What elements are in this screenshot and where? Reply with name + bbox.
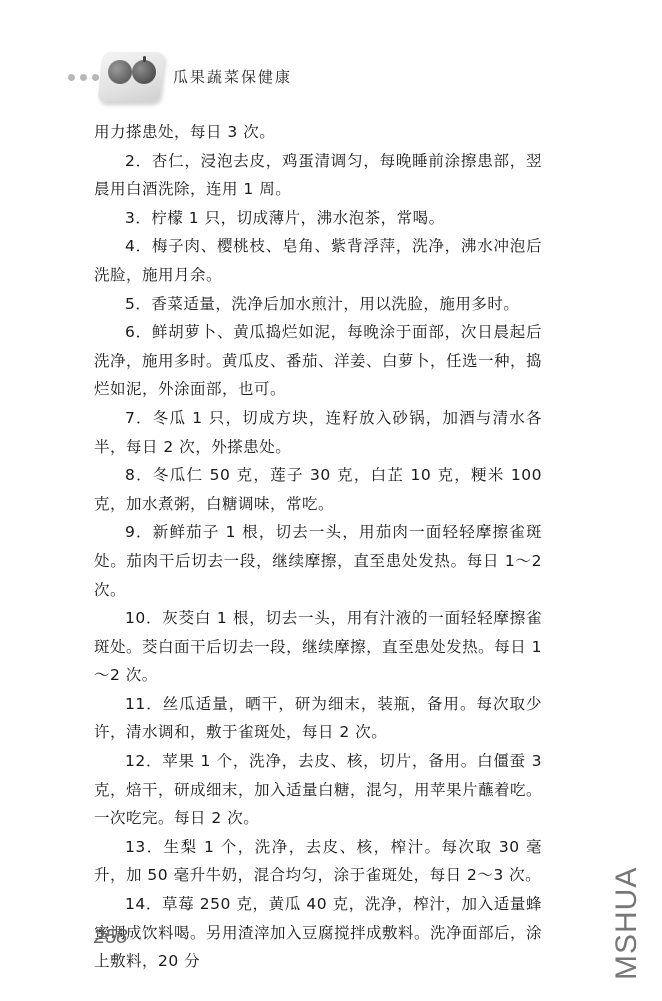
remedy-item-4: 4．梅子肉、樱桃枝、皂角、紫背浮萍，洗净，沸水冲泡后洗脸，施用月余。	[94, 232, 542, 289]
dot-icon	[80, 74, 87, 81]
tomato-fruit-icon	[132, 60, 156, 84]
remedy-item-12: 12．苹果 1 个，洗净，去皮、核，切片，备用。白僵蚕 3 克，焙干，研成细末，…	[94, 747, 542, 833]
remedy-item-5: 5．香菜适量，洗净后加水煎汁，用以洗脸，施用多时。	[94, 290, 542, 319]
remedy-item-9: 9．新鲜茄子 1 根，切去一头，用茄肉一面轻轻摩擦雀斑处。茄肉干后切去一段，继续…	[94, 518, 542, 604]
remedy-item-14: 14．草莓 250 克，黄瓜 40 克，洗净，榨汁，加入适量蜂蜜调成饮料喝。另用…	[94, 890, 542, 976]
remedy-item-6: 6．鲜胡萝卜、黄瓜捣烂如泥，每晚涂于面部，次日晨起后洗净，施用多时。黄瓜皮、番茄…	[94, 318, 542, 404]
page-body: 用力搽患处，每日 3 次。 2．杏仁，浸泡去皮，鸡蛋清调匀，每晚睡前涂擦患部，翌…	[94, 118, 542, 976]
decorative-dots	[68, 74, 99, 81]
orange-fruit-icon	[108, 60, 132, 84]
dot-icon	[68, 74, 75, 81]
running-header: 瓜果蔬菜保健康	[58, 48, 458, 108]
remedy-item-13: 13．生梨 1 个，洗净，去皮、核，榨汁。每次取 30 毫升，加 50 毫升牛奶…	[94, 833, 542, 890]
remedy-item-11: 11．丝瓜适量，晒干，研为细末，装瓶，备用。每次取少许，清水调和，敷于雀斑处，每…	[94, 690, 542, 747]
remedy-item-3: 3．柠檬 1 只，切成薄片，沸水泡茶，常喝。	[94, 204, 542, 233]
remedy-item-10: 10．灰茭白 1 根，切去一头，用有汁液的一面轻轻摩擦雀斑处。茭白面干后切去一段…	[94, 604, 542, 690]
page-number: 258	[94, 926, 127, 949]
dot-icon	[92, 74, 99, 81]
remedy-item-2: 2．杏仁，浸泡去皮，鸡蛋清调匀，每晚睡前涂擦患部，翌晨用白酒洗除，连用 1 周。	[94, 147, 542, 204]
watermark: MSHUA	[610, 867, 644, 980]
paragraph-continuation: 用力搽患处，每日 3 次。	[94, 118, 542, 147]
book-title: 瓜果蔬菜保健康	[173, 66, 292, 87]
remedy-item-7: 7．冬瓜 1 只，切成方块，连籽放入砂锅，加酒与清水各半，每日 2 次，外搽患处…	[94, 404, 542, 461]
fruit-stem-icon	[143, 56, 146, 62]
remedy-item-8: 8．冬瓜仁 50 克，莲子 30 克，白芷 10 克，粳米 100 克，加水煮粥…	[94, 461, 542, 518]
